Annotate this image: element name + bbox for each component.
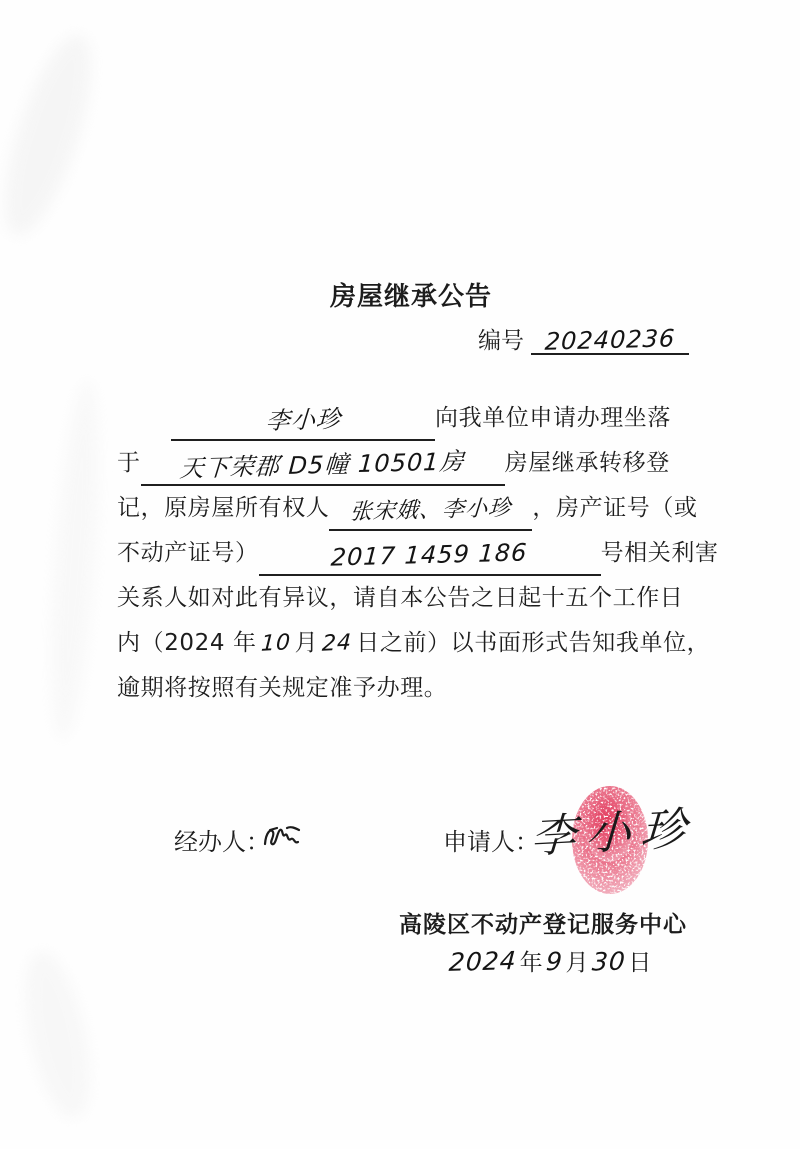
handwritten-property-address: 天下荣郡 D5幢 10501房 <box>179 444 466 485</box>
handwritten-deadline-month: 10 <box>259 620 291 667</box>
property-address-blank: 天下荣郡 D5幢 10501房 <box>141 448 505 486</box>
handwritten-deadline-day: 24 <box>321 620 353 667</box>
handwritten-day: 30 <box>591 947 627 977</box>
applicant-label: 申请人： <box>443 822 539 857</box>
year-label: 年 <box>520 950 543 976</box>
handler-signature-scribble <box>261 820 307 856</box>
scan-artifact <box>13 946 102 1124</box>
applicant-signature: 李小珍 <box>529 792 697 866</box>
printed-text: 不动产证号） <box>117 540 259 566</box>
printed-text: 逾期将按照有关规定准予办理。 <box>117 675 447 701</box>
printed-text: 于 <box>117 450 141 476</box>
applicant-name-blank: 李小珍 <box>171 403 435 441</box>
printed-text: 日之前）以书面形式告知我单位， <box>356 630 710 656</box>
handwritten-applicant-name: 李小珍 <box>264 402 341 438</box>
number-blank: 20240236 <box>531 323 689 355</box>
month-label: 月 <box>566 950 589 976</box>
notice-body: 李小珍向我单位申请办理坐落 于天下荣郡 D5幢 10501房房屋继承转移登 记，… <box>117 396 695 711</box>
handwritten-number: 20240236 <box>544 321 676 358</box>
handler-label: 经办人： <box>174 822 270 857</box>
document-page: 房屋继承公告 编号 20240236 李小珍向我单位申请办理坐落 于天下荣郡 D… <box>0 0 800 1149</box>
body-line-2: 于天下荣郡 D5幢 10501房房屋继承转移登 <box>117 441 695 486</box>
body-line-5: 关系人如对此有异议，请自本公告之日起十五个工作日 <box>117 576 695 621</box>
printed-text: 月 <box>295 630 319 656</box>
body-line-7: 逾期将按照有关规定准予办理。 <box>117 666 695 711</box>
day-label: 日 <box>628 950 651 976</box>
original-owners-blank: 张宋娥、李小珍 <box>329 493 532 531</box>
handwritten-original-owners: 张宋娥、李小珍 <box>349 492 512 530</box>
printed-text: 关系人如对此有异议，请自本公告之日起十五个工作日 <box>117 585 683 611</box>
body-line-1: 李小珍向我单位申请办理坐落 <box>117 396 695 441</box>
printed-text: 房屋继承转移登 <box>505 450 670 476</box>
printed-text: 记，原房屋所有权人 <box>117 495 329 521</box>
handwritten-year: 2024 <box>448 946 518 977</box>
scan-artifact <box>0 26 109 244</box>
certificate-number-blank: 2017 1459 186 <box>259 538 601 576</box>
printed-text: 内（2024 年 <box>117 630 257 656</box>
printed-text: 号相关利害 <box>601 540 719 566</box>
handwritten-month: 9 <box>545 947 564 976</box>
document-number-row: 编号 20240236 <box>478 322 689 355</box>
issuing-organization: 高陵区不动产登记服务中心 <box>399 906 687 939</box>
body-line-6: 内（2024 年10月24日之前）以书面形式告知我单位， <box>117 621 695 666</box>
document-title: 房屋继承公告 <box>330 276 492 313</box>
body-line-3: 记，原房屋所有权人张宋娥、李小珍，房产证号（或 <box>117 486 695 531</box>
body-line-4: 不动产证号）2017 1459 186号相关利害 <box>117 531 695 576</box>
printed-text: 向我单位申请办理坐落 <box>435 405 671 431</box>
issue-date: 2024年9月30日 <box>446 944 651 977</box>
printed-text: ，房产证号（或 <box>532 495 697 521</box>
handwritten-certificate-number: 2017 1459 186 <box>330 535 529 574</box>
scan-artifact <box>42 379 107 741</box>
number-label: 编号 <box>478 328 524 354</box>
